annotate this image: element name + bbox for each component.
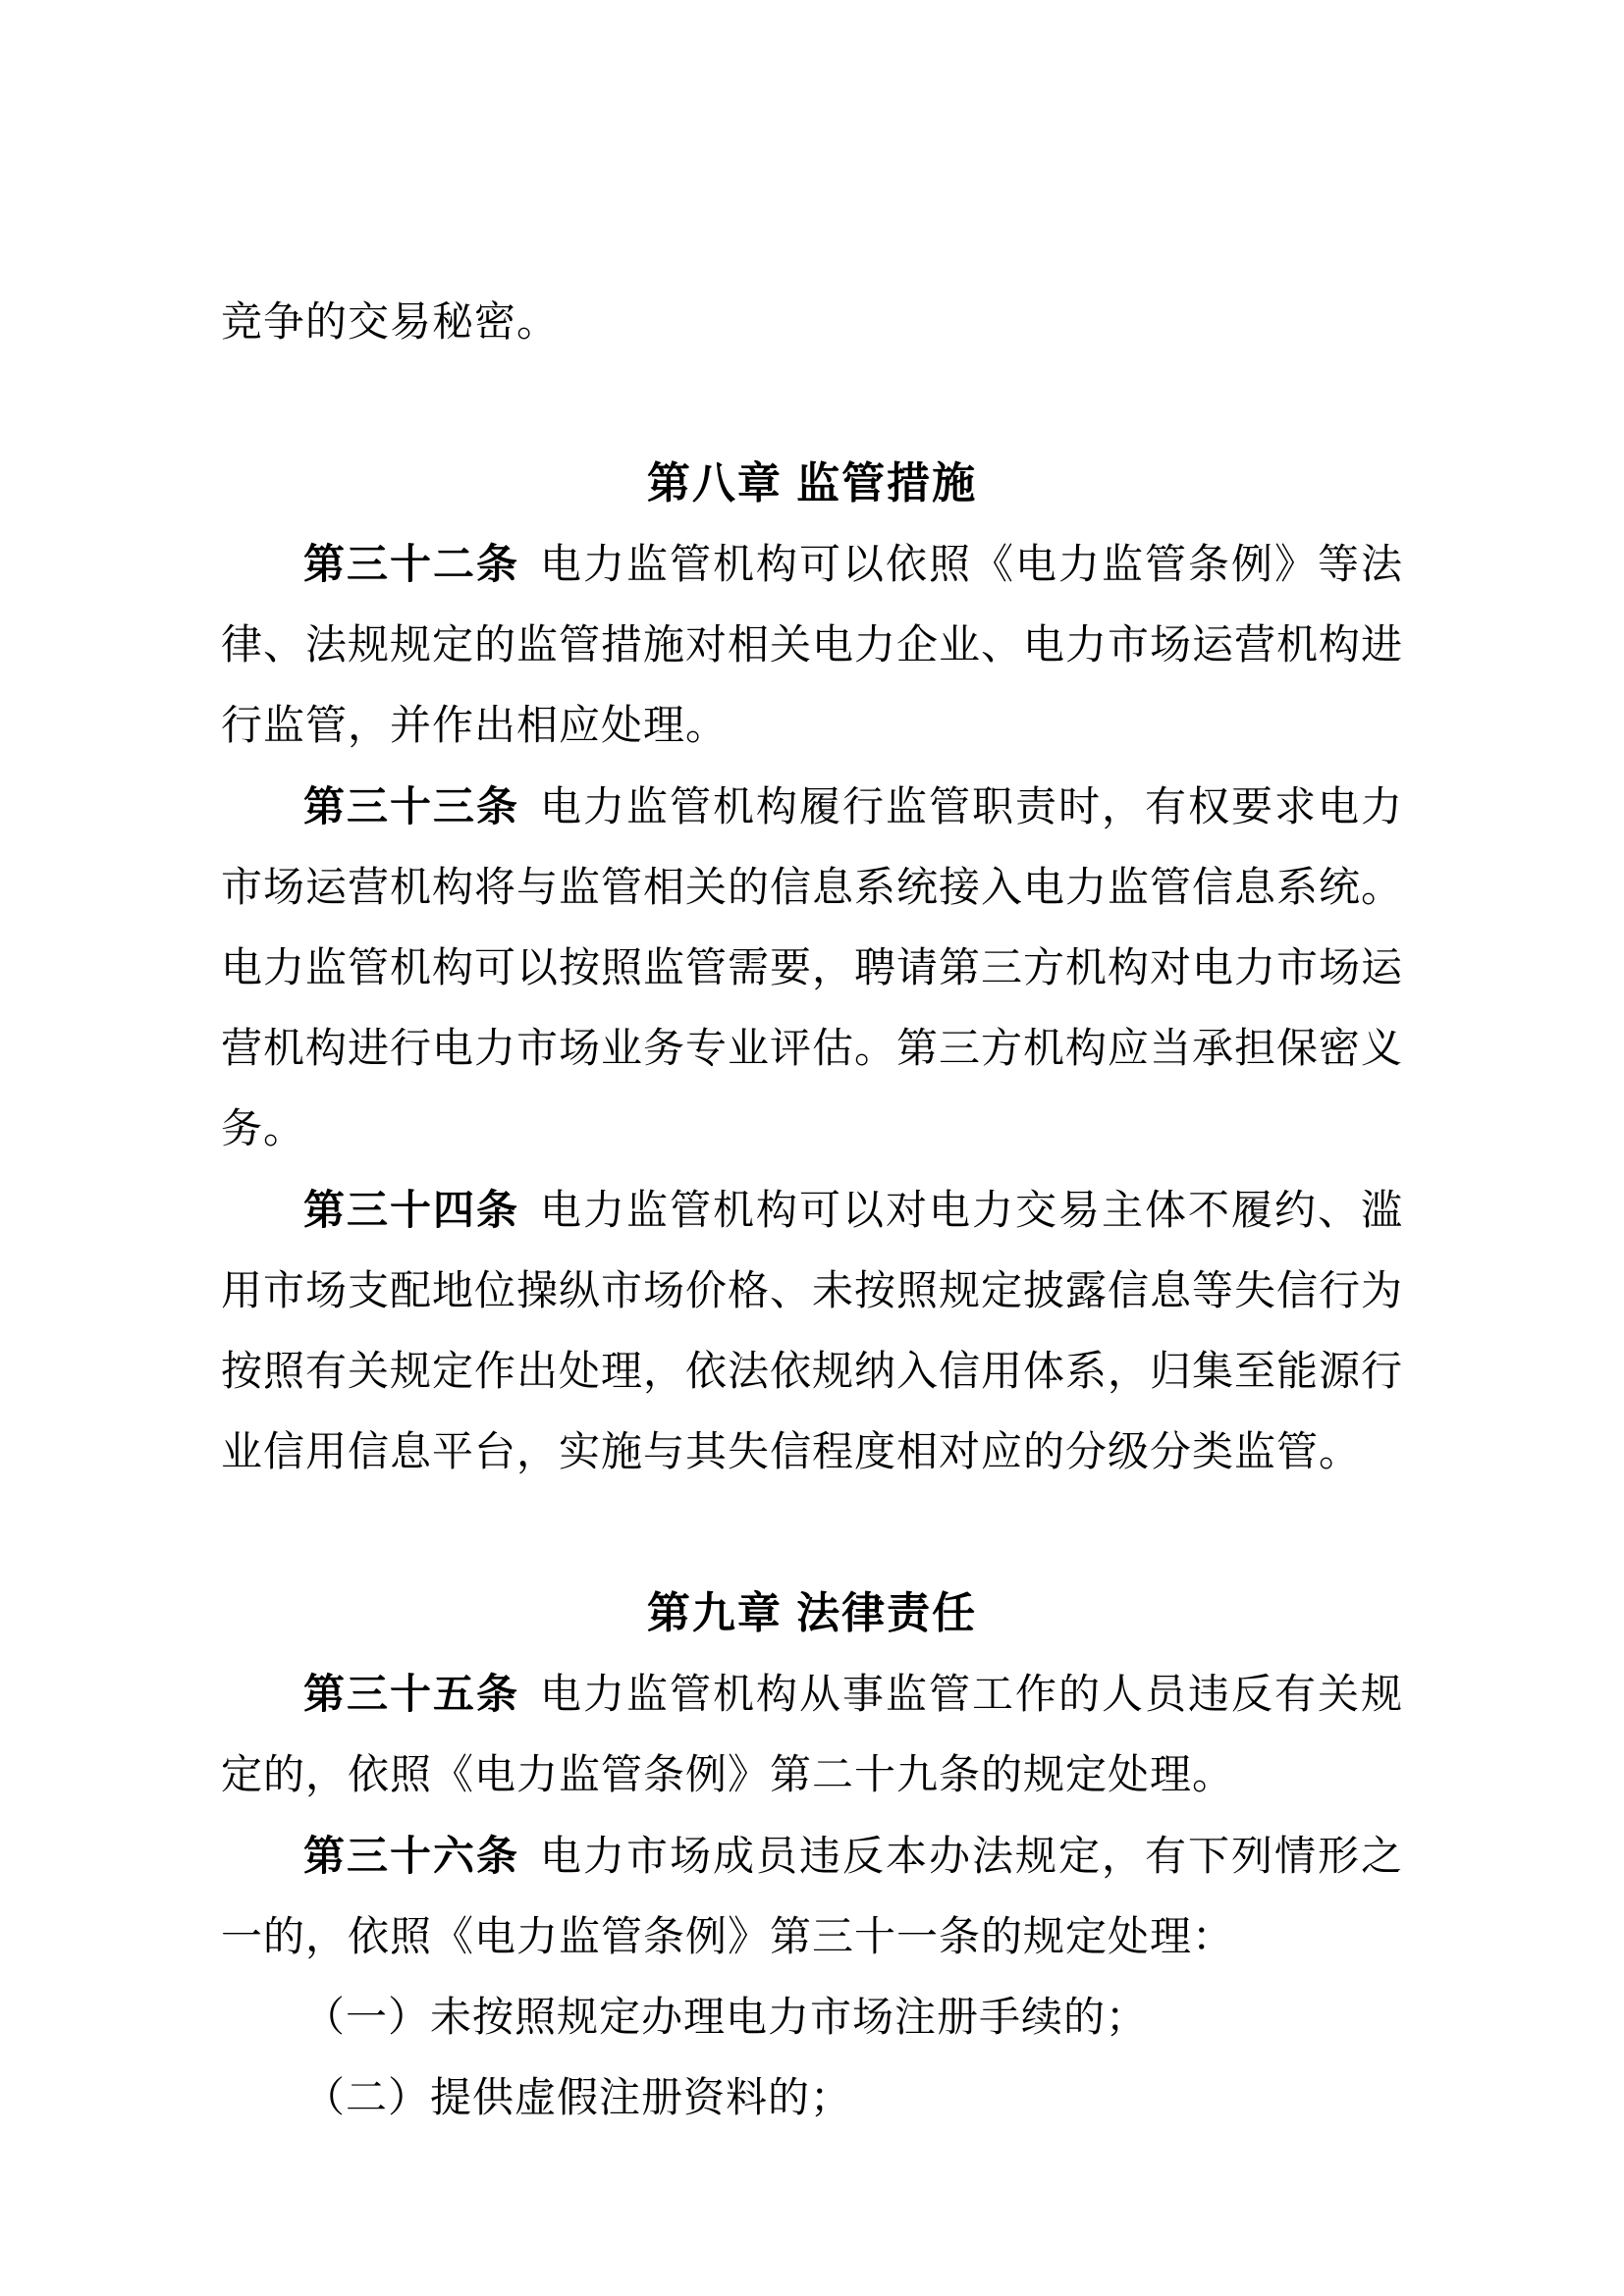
article-32-number: 第三十二条 bbox=[303, 541, 519, 587]
article-33-text: 电力监管机构履行监管职责时，有权要求电力市场运营机构将与监管相关的信息系统接入电… bbox=[221, 785, 1403, 1152]
article-36-item-1: （一）未按照规定办理电力市场注册手续的； bbox=[221, 1978, 1403, 2058]
article-33-paragraph: 第三十三条电力监管机构履行监管职责时，有权要求电力市场运营机构将与监管相关的信息… bbox=[221, 767, 1403, 1170]
continuation-paragraph: 竞争的交易秘密。 bbox=[221, 283, 1403, 363]
article-34-number: 第三十四条 bbox=[303, 1187, 519, 1233]
document-content: 竞争的交易秘密。 第八章 监管措施 第三十二条电力监管机构可以依照《电力监管条例… bbox=[221, 283, 1403, 2139]
article-36-paragraph: 第三十六条电力市场成员违反本办法规定，有下列情形之一的，依照《电力监管条例》第三… bbox=[221, 1816, 1403, 1978]
article-34-paragraph: 第三十四条电力监管机构可以对电力交易主体不履约、滥用市场支配地位操纵市场价格、未… bbox=[221, 1170, 1403, 1493]
article-36-number: 第三十六条 bbox=[303, 1833, 519, 1879]
chapter9-heading: 第九章 法律责任 bbox=[221, 1574, 1403, 1654]
chapter8-heading: 第八章 监管措施 bbox=[221, 444, 1403, 524]
document-page: 竞争的交易秘密。 第八章 监管措施 第三十二条电力监管机构可以依照《电力监管条例… bbox=[0, 0, 1624, 2296]
article-35-paragraph: 第三十五条电力监管机构从事监管工作的人员违反有关规定的，依照《电力监管条例》第二… bbox=[221, 1654, 1403, 1816]
article-32-paragraph: 第三十二条电力监管机构可以依照《电力监管条例》等法律、法规规定的监管措施对相关电… bbox=[221, 524, 1403, 767]
article-33-number: 第三十三条 bbox=[303, 783, 519, 829]
article-36-item-2: （二）提供虚假注册资料的； bbox=[221, 2058, 1403, 2139]
article-35-number: 第三十五条 bbox=[303, 1671, 519, 1717]
